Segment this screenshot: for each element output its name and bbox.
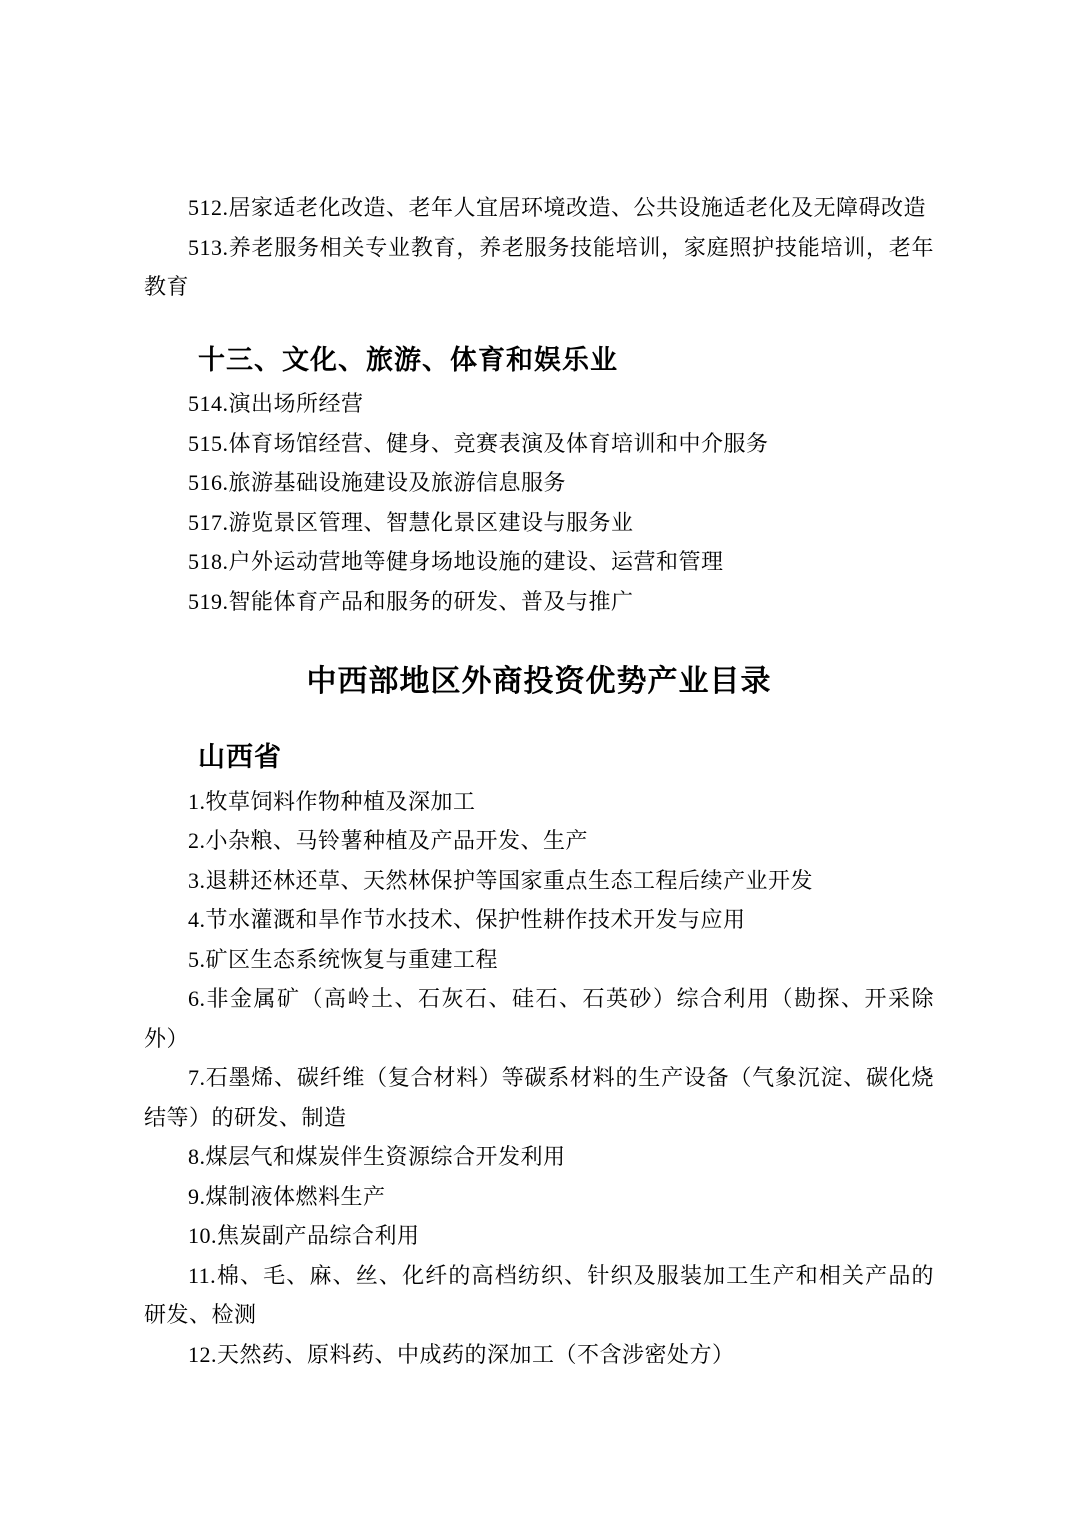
list-item: 512.居家适老化改造、老年人宜居环境改造、公共设施适老化及无障碍改造	[144, 188, 934, 228]
list-item: 514.演出场所经营	[144, 384, 934, 424]
list-item: 515.体育场馆经营、健身、竞赛表演及体育培训和中介服务	[144, 424, 934, 464]
catalog-title: 中西部地区外商投资优势产业目录	[144, 662, 934, 702]
list-item: 518.户外运动营地等健身场地设施的建设、运营和管理	[144, 542, 934, 582]
section-heading: 十三、文化、旅游、体育和娱乐业	[144, 341, 934, 381]
document-page: 512.居家适老化改造、老年人宜居环境改造、公共设施适老化及无障碍改造 513.…	[0, 0, 1074, 1520]
list-item: 5.矿区生态系统恢复与重建工程	[144, 940, 934, 980]
list-item: 2.小杂粮、马铃薯种植及产品开发、生产	[144, 821, 934, 861]
province-heading: 山西省	[144, 738, 934, 778]
document-content: 512.居家适老化改造、老年人宜居环境改造、公共设施适老化及无障碍改造 513.…	[144, 188, 934, 1374]
list-item: 8.煤层气和煤炭伴生资源综合开发利用	[144, 1137, 934, 1177]
list-item: 519.智能体育产品和服务的研发、普及与推广	[144, 582, 934, 622]
list-item: 1.牧草饲料作物种植及深加工	[144, 782, 934, 822]
list-item: 3.退耕还林还草、天然林保护等国家重点生态工程后续产业开发	[144, 861, 934, 901]
list-item: 12.天然药、原料药、中成药的深加工（不含涉密处方）	[144, 1335, 934, 1375]
list-item: 6.非金属矿（高岭土、石灰石、硅石、石英砂）综合利用（勘探、开采除外）	[144, 979, 934, 1058]
list-item: 516.旅游基础设施建设及旅游信息服务	[144, 463, 934, 503]
list-item: 9.煤制液体燃料生产	[144, 1177, 934, 1217]
list-item: 517.游览景区管理、智慧化景区建设与服务业	[144, 503, 934, 543]
list-item: 10.焦炭副产品综合利用	[144, 1216, 934, 1256]
list-item: 513.养老服务相关专业教育，养老服务技能培训，家庭照护技能培训，老年教育	[144, 228, 934, 307]
list-item: 11.棉、毛、麻、丝、化纤的高档纺织、针织及服装加工生产和相关产品的研发、检测	[144, 1256, 934, 1335]
list-item: 7.石墨烯、碳纤维（复合材料）等碳系材料的生产设备（气象沉淀、碳化烧结等）的研发…	[144, 1058, 934, 1137]
list-item: 4.节水灌溉和旱作节水技术、保护性耕作技术开发与应用	[144, 900, 934, 940]
